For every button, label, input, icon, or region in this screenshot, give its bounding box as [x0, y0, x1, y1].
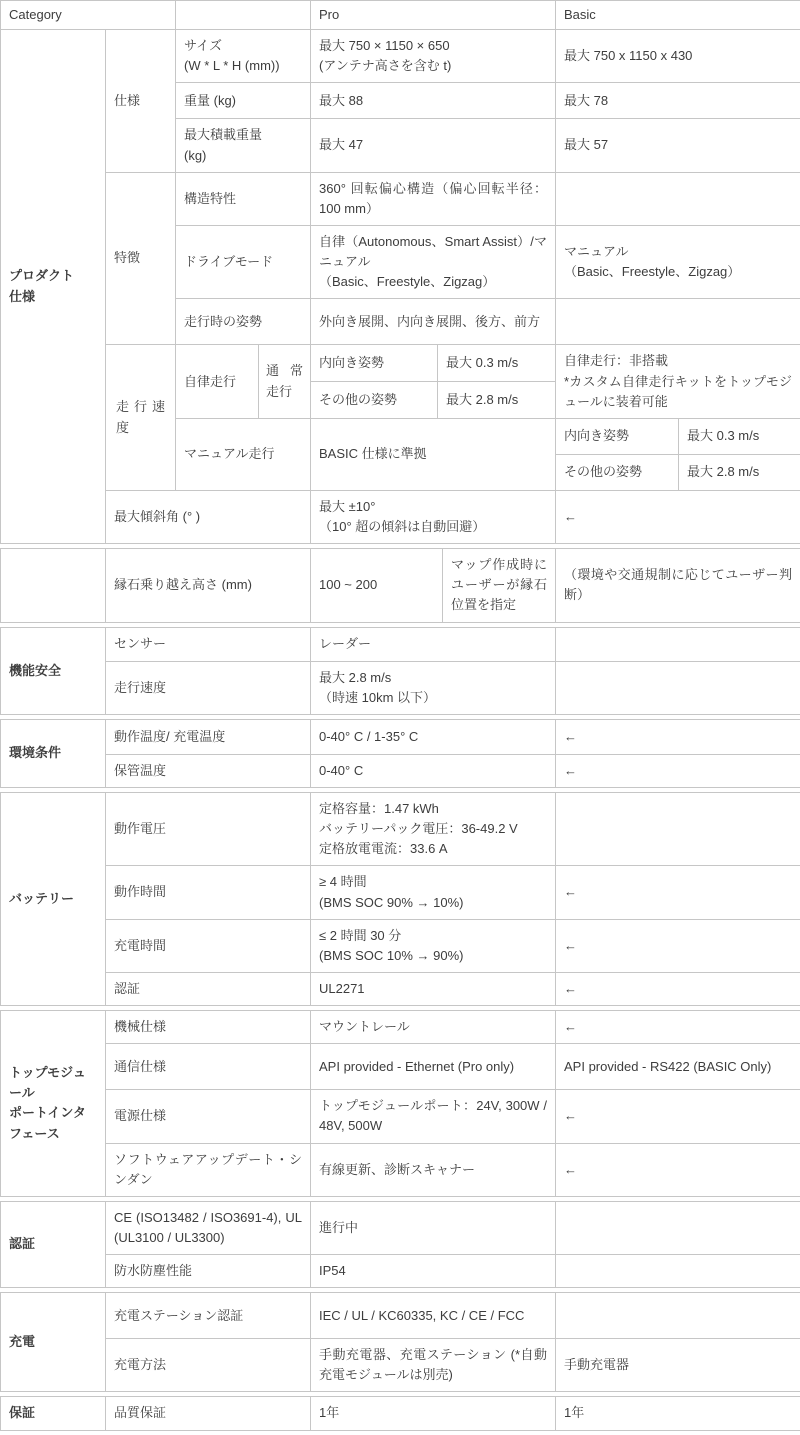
cell-curb-basic: （環境や交通規制に応じてユーザー判断） — [556, 549, 800, 622]
cell-manual-pro: BASIC 仕様に準拠 — [311, 418, 556, 490]
spec-sheet: Category Pro Basic プロダクト 仕様 仕様 サイズ (W * … — [0, 0, 800, 1431]
cell-weight-pro: 最大 88 — [311, 83, 556, 119]
label-storage-temp: 保管温度 — [106, 754, 311, 787]
cell-station-cert-basic — [556, 1293, 800, 1339]
cell-posture-pro: 外向き展開、内向き展開、後方、前方 — [311, 299, 556, 345]
category-charging: 充電 — [1, 1293, 106, 1392]
cell-sensor-basic — [556, 627, 800, 661]
category-product-spec: プロダクト 仕様 — [1, 30, 106, 544]
label-autonomous: 自律走行 — [176, 345, 259, 418]
cell-auto-other-value: 最大 2.8 m/s — [438, 382, 556, 419]
cell-battery-cert-basic: ← — [556, 972, 800, 1005]
label-quality-warranty: 品質保証 — [106, 1397, 311, 1430]
cell-drive-mode-basic: マニュアル （Basic、Freestyle、Zigzag） — [556, 225, 800, 298]
category-warranty: 保証 — [1, 1397, 106, 1430]
label-structure: 構造特性 — [176, 172, 311, 225]
category-safety: 機能安全 — [1, 627, 106, 714]
section-curb: 縁石乗り越え高さ (mm) 100 ~ 200 マップ作成時にユーザーが縁石位置… — [0, 548, 800, 622]
cell-charge-time-pro: ≤ 2 時間 30 分 (BMS SOC 10% → 90%) — [311, 919, 556, 972]
label-auto-other: その他の姿勢 — [311, 382, 438, 419]
label-curb: 縁石乗り越え高さ (mm) — [106, 549, 311, 622]
label-operating-temp: 動作温度/ 充電温度 — [106, 719, 311, 754]
cell-structure-basic — [556, 172, 800, 225]
label-manual-drive: マニュアル走行 — [176, 418, 311, 490]
cell-auto-inward-value: 最大 0.3 m/s — [438, 345, 556, 382]
label-ip-rating: 防水防塵性能 — [106, 1255, 311, 1288]
cell-auto-basic: 自律走行：非搭載 *カスタム自律走行キットをトップモジュールに装着可能 — [556, 345, 800, 418]
cell-safety-speed-pro: 最大 2.8 m/s （時速 10km 以下） — [311, 661, 556, 714]
label-charge-time: 充電時間 — [106, 919, 311, 972]
label-manual-basic-inward: 内向き姿勢 — [556, 418, 679, 454]
group-spec: 仕様 — [106, 30, 176, 173]
cell-manual-basic-other-value: 最大 2.8 m/s — [679, 454, 800, 490]
label-mechanical: 機械仕様 — [106, 1011, 311, 1044]
category-top-module: トップモジュール ポートインタフェース — [1, 1011, 106, 1197]
label-sensor: センサー — [106, 627, 311, 661]
cell-charge-method-basic: 手動充電器 — [556, 1339, 800, 1392]
cell-curb-pro-note: マップ作成時にユーザーが縁石位置を指定 — [443, 549, 556, 622]
section-environment: 環境条件 動作温度/ 充電温度 0-40° C / 1-35° C ← 保管温度… — [0, 719, 800, 788]
label-ce-ul: CE (ISO13482 / ISO3691-4), UL (UL3100 / … — [106, 1201, 311, 1254]
label-communication: 通信仕様 — [106, 1044, 311, 1090]
group-feature: 特徴 — [106, 172, 176, 345]
label-normal-drive: 通常走行 — [259, 345, 311, 418]
cell-curb-pro-value: 100 ~ 200 — [311, 549, 443, 622]
label-tilt: 最大傾斜角 (° ) — [106, 490, 311, 543]
category-curb-blank — [1, 549, 106, 622]
cell-power-spec-basic: ← — [556, 1090, 800, 1143]
cell-charge-time-basic: ← — [556, 919, 800, 972]
section-warranty: 保証 品質保証 1年 1年 — [0, 1396, 800, 1430]
cell-voltage-basic — [556, 792, 800, 865]
cell-tilt-basic: ← — [556, 490, 800, 543]
cell-safety-speed-basic — [556, 661, 800, 714]
cell-ip-rating-pro: IP54 — [311, 1255, 556, 1288]
cell-quality-warranty-basic: 1年 — [556, 1397, 800, 1430]
label-safety-speed: 走行速度 — [106, 661, 311, 714]
label-charge-method: 充電方法 — [106, 1339, 311, 1392]
cell-mechanical-pro: マウントレール — [311, 1011, 556, 1044]
cell-runtime-pro: ≥ 4 時間 (BMS SOC 90% → 10%) — [311, 866, 556, 919]
cell-runtime-basic: ← — [556, 866, 800, 919]
section-product-spec: Category Pro Basic プロダクト 仕様 仕様 サイズ (W * … — [0, 0, 800, 544]
group-speed: 走行速度 — [106, 345, 176, 490]
cell-mechanical-basic: ← — [556, 1011, 800, 1044]
header-category: Category — [1, 1, 176, 30]
cell-weight-basic: 最大 78 — [556, 83, 800, 119]
label-weight: 重量 (kg) — [176, 83, 311, 119]
label-runtime: 動作時間 — [106, 866, 311, 919]
cell-operating-temp-pro: 0-40° C / 1-35° C — [311, 719, 556, 754]
cell-communication-basic: API provided - RS422 (BASIC Only) — [556, 1044, 800, 1090]
label-station-cert: 充電ステーション認証 — [106, 1293, 311, 1339]
cell-station-cert-pro: IEC / UL / KC60335, KC / CE / FCC — [311, 1293, 556, 1339]
cell-tilt-pro: 最大 ±10° （10° 超の傾斜は自動回避） — [311, 490, 556, 543]
header-basic: Basic — [556, 1, 800, 30]
category-battery: バッテリー — [1, 792, 106, 1005]
label-power-spec: 電源仕様 — [106, 1090, 311, 1143]
cell-payload-pro: 最大 47 — [311, 119, 556, 172]
section-certification: 認証 CE (ISO13482 / ISO3691-4), UL (UL3100… — [0, 1201, 800, 1288]
header-blank — [176, 1, 311, 30]
label-manual-basic-other: その他の姿勢 — [556, 454, 679, 490]
cell-charge-method-pro: 手動充電器、充電ステーション (*自動充電モジュールは別売) — [311, 1339, 556, 1392]
header-pro: Pro — [311, 1, 556, 30]
label-software-update: ソフトウェアアップデート・シンダン — [106, 1143, 311, 1196]
cell-storage-temp-basic: ← — [556, 754, 800, 787]
section-charging: 充電 充電ステーション認証 IEC / UL / KC60335, KC / C… — [0, 1292, 800, 1392]
label-voltage: 動作電圧 — [106, 792, 311, 865]
section-top-module: トップモジュール ポートインタフェース 機械仕様 マウントレール ← 通信仕様 … — [0, 1010, 800, 1197]
cell-storage-temp-pro: 0-40° C — [311, 754, 556, 787]
cell-manual-basic-inward-value: 最大 0.3 m/s — [679, 418, 800, 454]
cell-sensor-pro: レーダー — [311, 627, 556, 661]
label-drive-mode: ドライブモード — [176, 225, 311, 298]
cell-power-spec-pro: トップモジュールポート：24V, 300W / 48V, 500W — [311, 1090, 556, 1143]
cell-ce-ul-basic — [556, 1201, 800, 1254]
cell-ce-ul-pro: 進行中 — [311, 1201, 556, 1254]
cell-ip-rating-basic — [556, 1255, 800, 1288]
label-payload: 最大積載重量 (kg) — [176, 119, 311, 172]
label-posture: 走行時の姿勢 — [176, 299, 311, 345]
cell-quality-warranty-pro: 1年 — [311, 1397, 556, 1430]
cell-posture-basic — [556, 299, 800, 345]
cell-payload-basic: 最大 57 — [556, 119, 800, 172]
cell-software-update-basic: ← — [556, 1143, 800, 1196]
label-battery-cert: 認証 — [106, 972, 311, 1005]
cell-battery-cert-pro: UL2271 — [311, 972, 556, 1005]
category-certification: 認証 — [1, 1201, 106, 1287]
category-environment: 環境条件 — [1, 719, 106, 787]
cell-structure-pro: 360° 回転偏心構造（偏心回転半径：100 mm） — [311, 172, 556, 225]
section-safety: 機能安全 センサー レーダー 走行速度 最大 2.8 m/s （時速 10km … — [0, 627, 800, 715]
cell-drive-mode-pro: 自律（Autonomous、Smart Assist）/マニュアル （Basic… — [311, 225, 556, 298]
cell-size-basic: 最大 750 x 1150 x 430 — [556, 30, 800, 83]
label-auto-inward: 内向き姿勢 — [311, 345, 438, 382]
cell-operating-temp-basic: ← — [556, 719, 800, 754]
label-size: サイズ (W * L * H (mm)) — [176, 30, 311, 83]
cell-communication-pro: API provided - Ethernet (Pro only) — [311, 1044, 556, 1090]
cell-voltage-pro: 定格容量：1.47 kWh バッテリーパック電圧：36-49.2 V 定格放電電… — [311, 792, 556, 865]
section-battery: バッテリー 動作電圧 定格容量：1.47 kWh バッテリーパック電圧：36-4… — [0, 792, 800, 1006]
cell-size-pro: 最大 750 × 1150 × 650 (アンテナ高さを含む t) — [311, 30, 556, 83]
cell-software-update-pro: 有線更新、診断スキャナー — [311, 1143, 556, 1196]
